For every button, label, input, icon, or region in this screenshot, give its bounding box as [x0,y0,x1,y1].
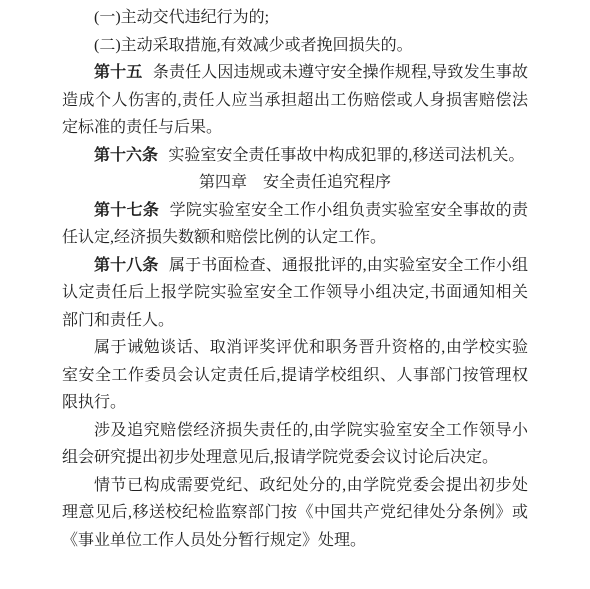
document-body: (一)主动交代违纪行为的; (二)主动采取措施,有效减少或者挽回损失的。 第十五… [62,4,528,554]
article-16: 第十六条实验室安全责任事故中构成犯罪的,移送司法机关。 [62,142,528,170]
article-16-number: 第十六条 [94,147,158,164]
list-item-1: (一)主动交代违纪行为的; [62,4,528,32]
paragraph-economic-loss: 涉及追究赔偿经济损失责任的,由学院实验室安全工作领导小组会研究提出初步处理意见后… [62,417,528,472]
paragraph-party-discipline: 情节已构成需要党纪、政纪处分的,由学院党委会提出初步处理意见后,移送校纪检监察部… [62,472,528,555]
article-15-number: 第十五 [94,64,142,81]
article-15: 第十五条责任人因违规或未遵守安全操作规程,导致发生事故造成个人伤害的,责任人应当… [62,59,528,142]
article-17-number: 第十七条 [94,202,159,219]
article-18-number: 第十八条 [94,257,159,274]
article-16-text: 实验室安全责任事故中构成犯罪的,移送司法机关。 [168,147,524,164]
article-18: 第十八条属于书面检查、通报批评的,由实验室安全工作小组认定责任后上报学院实验室安… [62,252,528,335]
list-item-2: (二)主动采取措施,有效减少或者挽回损失的。 [62,32,528,60]
article-17: 第十七条学院实验室安全工作小组负责实验室安全事故的责任认定,经济损失数额和赔偿比… [62,197,528,252]
chapter-4-heading: 第四章 安全责任追究程序 [62,169,528,197]
paragraph-warning-talk: 属于诫勉谈话、取消评奖评优和职务晋升资格的,由学校实验室安全工作委员会认定责任后… [62,334,528,417]
